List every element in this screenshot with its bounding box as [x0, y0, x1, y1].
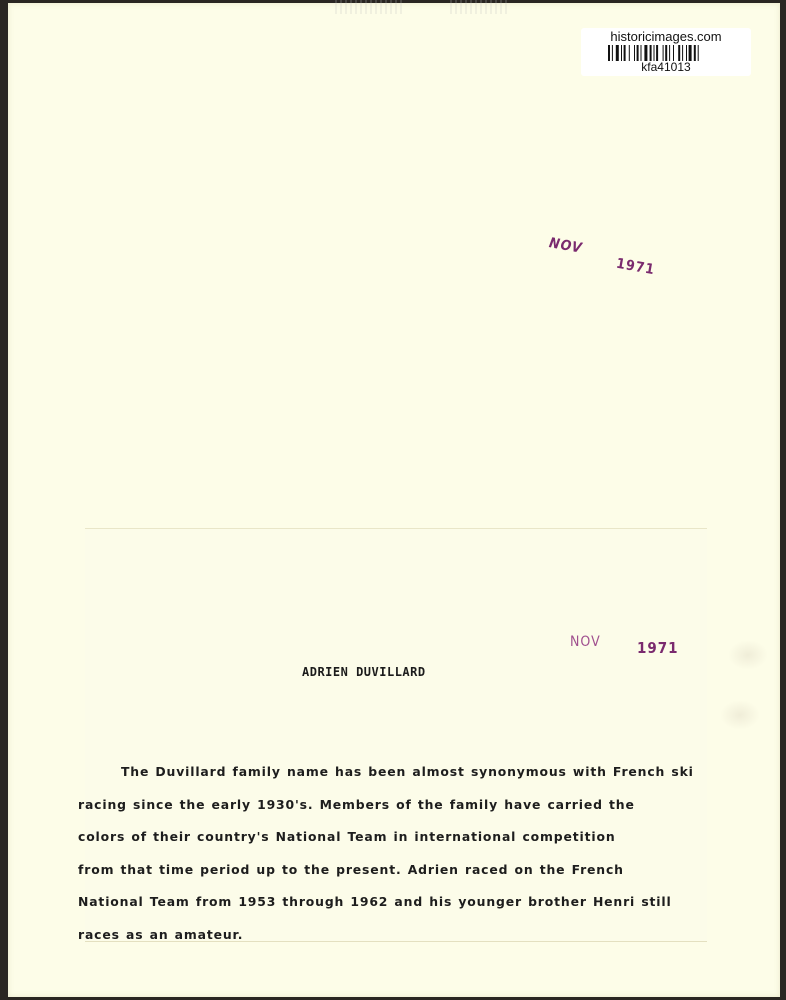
caption-line: National Team from 1953 through 1962 and… [78, 890, 708, 923]
caption-body: The Duvillard family name has been almos… [78, 760, 708, 956]
date-stamp-year: 1971 [637, 639, 679, 657]
top-smudge [450, 0, 510, 14]
label-site-text: historicimages.com [581, 29, 751, 44]
caption-line: colors of their country's National Team … [78, 825, 708, 858]
caption-line: from that time period up to the present.… [78, 858, 708, 891]
date-stamp-month: NOV [570, 634, 601, 650]
smudge [728, 640, 768, 670]
top-smudge [335, 0, 405, 14]
caption-line: The Duvillard family name has been almos… [78, 760, 708, 793]
barcode-icon [608, 45, 724, 61]
caption-title: ADRIEN DUVILLARD [302, 665, 426, 679]
caption-line: races as an amateur. [78, 923, 708, 956]
label-id-text: kfa41013 [581, 61, 751, 74]
archive-label: historicimages.com kfa41013 [581, 28, 751, 76]
smudge [720, 700, 760, 730]
caption-line: racing since the early 1930's. Members o… [78, 793, 708, 826]
